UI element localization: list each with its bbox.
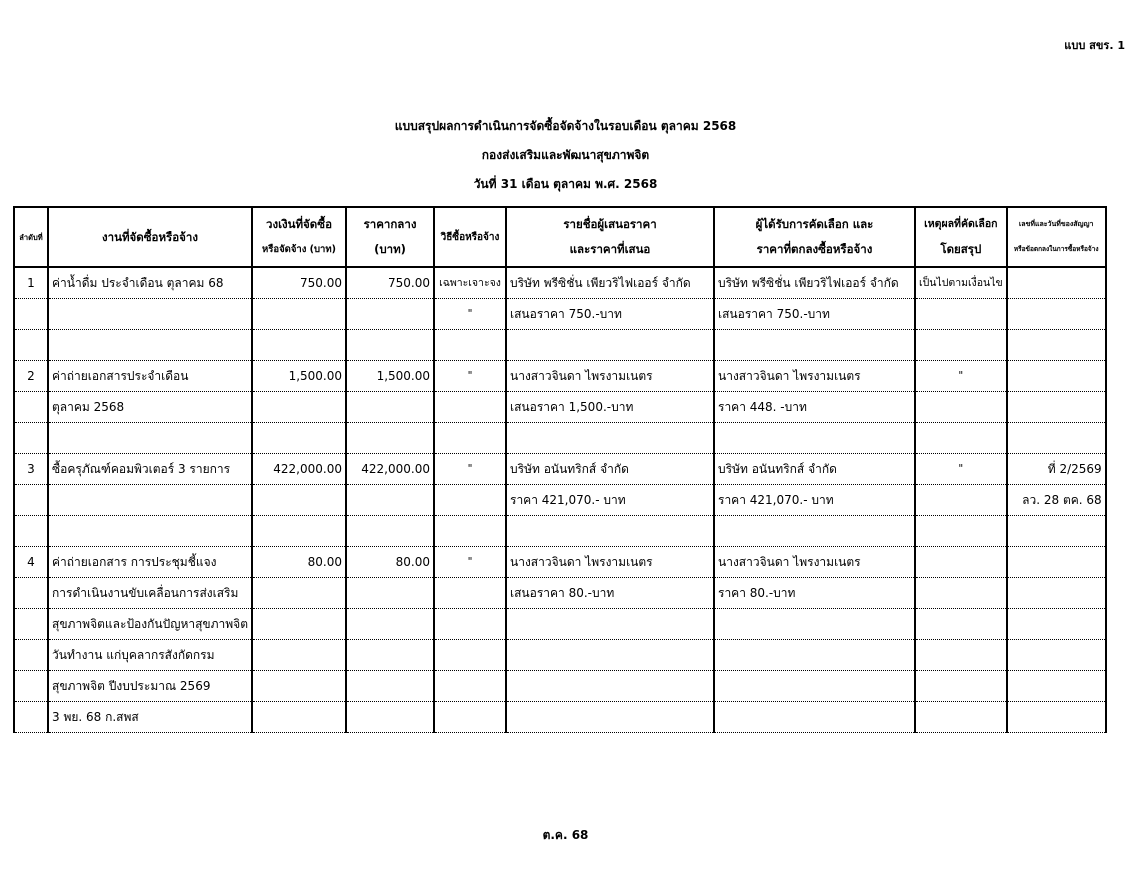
table-row: การดำเนินงานขับเคลื่อนการส่งเสริมเสนอราค… — [14, 578, 1106, 609]
cell-work: วันทำงาน แก่บุคลากรสังกัดกรม — [48, 640, 252, 671]
header-winner: ผู้ได้รับการคัดเลือก และ ราคาที่ตกลงซื้อ… — [714, 207, 915, 267]
cell-budget: 80.00 — [252, 547, 346, 578]
cell-reason — [915, 299, 1007, 330]
cell-work: สุขภาพจิตและป้องกันปัญหาสุขภาพจิต — [48, 609, 252, 640]
table-row: 3ซื้อครุภัณฑ์คอมพิวเตอร์ 3 รายการ422,000… — [14, 454, 1106, 485]
cell-median — [346, 516, 434, 547]
cell-work: ค่าน้ำดื่ม ประจำเดือน ตุลาคม 68 — [48, 267, 252, 299]
cell-contract — [1007, 702, 1106, 733]
table-row: ตุลาคม 2568เสนอราคา 1,500.-บาทราคา 448. … — [14, 392, 1106, 423]
cell-reason — [915, 516, 1007, 547]
cell-work: ค่าถ่ายเอกสาร การประชุมชี้แจง — [48, 547, 252, 578]
cell-contract — [1007, 609, 1106, 640]
cell-bidders — [506, 330, 714, 361]
cell-winner — [714, 330, 915, 361]
cell-winner: บริษัท อนันทริกส์ จำกัด — [714, 454, 915, 485]
cell-budget: 422,000.00 — [252, 454, 346, 485]
table-row: 2ค่าถ่ายเอกสารประจำเดือน1,500.001,500.00… — [14, 361, 1106, 392]
cell-winner: บริษัท พรีซิชั่น เพียวริไฟเออร์ จำกัด — [714, 267, 915, 299]
cell-contract — [1007, 578, 1106, 609]
cell-bidders: นางสาวจินดา ไพรงามเนตร — [506, 361, 714, 392]
cell-budget — [252, 516, 346, 547]
header-budget-line2: หรือจัดจ้าง (บาท) — [256, 237, 342, 262]
report-date: วันที่ 31 เดือน ตุลาคม พ.ศ. 2568 — [0, 174, 1131, 203]
cell-method — [434, 330, 506, 361]
table-row: "เสนอราคา 750.-บาทเสนอราคา 750.-บาท — [14, 299, 1106, 330]
cell-reason — [915, 609, 1007, 640]
cell-bidders: บริษัท พรีซิชั่น เพียวริไฟเออร์ จำกัด — [506, 267, 714, 299]
cell-method — [434, 578, 506, 609]
table-row: สุขภาพจิตและป้องกันปัญหาสุขภาพจิต — [14, 609, 1106, 640]
cell-contract — [1007, 516, 1106, 547]
cell-contract — [1007, 392, 1106, 423]
cell-work — [48, 330, 252, 361]
cell-no — [14, 485, 48, 516]
header-work: งานที่จัดซื้อหรือจ้าง — [48, 207, 252, 267]
cell-bidders: เสนอราคา 80.-บาท — [506, 578, 714, 609]
cell-winner: ราคา 421,070.- บาท — [714, 485, 915, 516]
cell-bidders — [506, 640, 714, 671]
cell-no — [14, 671, 48, 702]
cell-no: 4 — [14, 547, 48, 578]
cell-contract — [1007, 361, 1106, 392]
cell-work — [48, 516, 252, 547]
cell-contract: ที่ 2/2569 — [1007, 454, 1106, 485]
form-code: แบบ สขร. 1 — [1064, 36, 1125, 54]
cell-method — [434, 392, 506, 423]
cell-bidders: ราคา 421,070.- บาท — [506, 485, 714, 516]
cell-winner: ราคา 80.-บาท — [714, 578, 915, 609]
cell-winner: นางสาวจินดา ไพรงามเนตร — [714, 547, 915, 578]
header-contract: เลขที่และวันที่ของสัญญา หรือข้อตกลงในการ… — [1007, 207, 1106, 267]
cell-budget — [252, 609, 346, 640]
table-row: วันทำงาน แก่บุคลากรสังกัดกรม — [14, 640, 1106, 671]
header-median: ราคากลาง (บาท) — [346, 207, 434, 267]
cell-reason — [915, 485, 1007, 516]
cell-reason — [915, 423, 1007, 454]
cell-work — [48, 299, 252, 330]
cell-median: 750.00 — [346, 267, 434, 299]
cell-method: " — [434, 454, 506, 485]
cell-winner: ราคา 448. -บาท — [714, 392, 915, 423]
cell-median: 422,000.00 — [346, 454, 434, 485]
report-title: แบบสรุปผลการดำเนินการจัดซื้อจัดจ้างในรอบ… — [0, 116, 1131, 145]
cell-method — [434, 671, 506, 702]
cell-no — [14, 299, 48, 330]
cell-bidders — [506, 671, 714, 702]
cell-no — [14, 609, 48, 640]
cell-no: 3 — [14, 454, 48, 485]
cell-contract — [1007, 423, 1106, 454]
cell-winner: นางสาวจินดา ไพรงามเนตร — [714, 361, 915, 392]
cell-no: 2 — [14, 361, 48, 392]
cell-method — [434, 423, 506, 454]
cell-method — [434, 485, 506, 516]
cell-budget — [252, 702, 346, 733]
cell-winner — [714, 423, 915, 454]
cell-budget — [252, 640, 346, 671]
cell-median: 1,500.00 — [346, 361, 434, 392]
cell-method: " — [434, 547, 506, 578]
cell-work: สุขภาพจิต ปีงบประมาณ 2569 — [48, 671, 252, 702]
cell-method: " — [434, 299, 506, 330]
cell-contract — [1007, 267, 1106, 299]
header-reason-line2: โดยสรุป — [919, 237, 1003, 262]
department-name: กองส่งเสริมและพัฒนาสุขภาพจิต — [0, 145, 1131, 174]
cell-budget — [252, 299, 346, 330]
header-no: ลำดับที่ — [14, 207, 48, 267]
table-row: ราคา 421,070.- บาทราคา 421,070.- บาทลว. … — [14, 485, 1106, 516]
cell-method: เฉพาะเจาะจง — [434, 267, 506, 299]
footer-month: ต.ค. 68 — [0, 826, 1131, 845]
cell-budget: 750.00 — [252, 267, 346, 299]
header-contract-line1: เลขที่และวันที่ของสัญญา — [1011, 212, 1102, 237]
cell-budget — [252, 485, 346, 516]
cell-no: 1 — [14, 267, 48, 299]
cell-contract — [1007, 640, 1106, 671]
cell-reason — [915, 671, 1007, 702]
cell-budget — [252, 330, 346, 361]
header-winner-line1: ผู้ได้รับการคัดเลือก และ — [718, 212, 911, 237]
table-row — [14, 423, 1106, 454]
cell-reason: " — [915, 454, 1007, 485]
cell-median — [346, 485, 434, 516]
cell-bidders: เสนอราคา 750.-บาท — [506, 299, 714, 330]
cell-work: ค่าถ่ายเอกสารประจำเดือน — [48, 361, 252, 392]
cell-no — [14, 392, 48, 423]
cell-budget — [252, 392, 346, 423]
cell-bidders — [506, 609, 714, 640]
header-contract-line2: หรือข้อตกลงในการซื้อหรือจ้าง — [1011, 237, 1102, 262]
header-budget-line1: วงเงินที่จัดซื้อ — [266, 217, 332, 231]
table-row — [14, 330, 1106, 361]
table-row: 4ค่าถ่ายเอกสาร การประชุมชี้แจง80.0080.00… — [14, 547, 1106, 578]
cell-no — [14, 516, 48, 547]
cell-contract — [1007, 671, 1106, 702]
cell-work — [48, 485, 252, 516]
cell-median — [346, 702, 434, 733]
table-header-row: ลำดับที่ งานที่จัดซื้อหรือจ้าง วงเงินที่… — [14, 207, 1106, 267]
cell-median — [346, 299, 434, 330]
cell-winner — [714, 702, 915, 733]
cell-work: ซื้อครุภัณฑ์คอมพิวเตอร์ 3 รายการ — [48, 454, 252, 485]
cell-method — [434, 609, 506, 640]
header-budget: วงเงินที่จัดซื้อ หรือจัดจ้าง (บาท) — [252, 207, 346, 267]
cell-method — [434, 640, 506, 671]
cell-reason — [915, 640, 1007, 671]
cell-method — [434, 516, 506, 547]
cell-bidders: บริษัท อนันทริกส์ จำกัด — [506, 454, 714, 485]
header-bidders: รายชื่อผู้เสนอราคา และราคาที่เสนอ — [506, 207, 714, 267]
table-row: 1ค่าน้ำดื่ม ประจำเดือน ตุลาคม 68750.0075… — [14, 267, 1106, 299]
cell-median — [346, 609, 434, 640]
cell-winner — [714, 516, 915, 547]
header-bidders-line1: รายชื่อผู้เสนอราคา — [510, 212, 710, 237]
cell-work: การดำเนินงานขับเคลื่อนการส่งเสริม — [48, 578, 252, 609]
cell-budget: 1,500.00 — [252, 361, 346, 392]
cell-contract: ลว. 28 ตค. 68 — [1007, 485, 1106, 516]
cell-bidders: เสนอราคา 1,500.-บาท — [506, 392, 714, 423]
cell-contract — [1007, 547, 1106, 578]
cell-budget — [252, 578, 346, 609]
cell-no — [14, 640, 48, 671]
cell-bidders — [506, 423, 714, 454]
table-row — [14, 516, 1106, 547]
cell-winner — [714, 671, 915, 702]
cell-budget — [252, 423, 346, 454]
header-bidders-line2: และราคาที่เสนอ — [510, 237, 710, 262]
cell-bidders: นางสาวจินดา ไพรงามเนตร — [506, 547, 714, 578]
cell-median — [346, 640, 434, 671]
cell-winner: เสนอราคา 750.-บาท — [714, 299, 915, 330]
cell-contract — [1007, 299, 1106, 330]
cell-median — [346, 423, 434, 454]
cell-median — [346, 392, 434, 423]
cell-reason — [915, 578, 1007, 609]
cell-bidders — [506, 516, 714, 547]
cell-winner — [714, 609, 915, 640]
cell-contract — [1007, 330, 1106, 361]
cell-method — [434, 702, 506, 733]
cell-bidders — [506, 702, 714, 733]
cell-median — [346, 578, 434, 609]
cell-winner — [714, 640, 915, 671]
cell-work: ตุลาคม 2568 — [48, 392, 252, 423]
procurement-table: ลำดับที่ งานที่จัดซื้อหรือจ้าง วงเงินที่… — [13, 206, 1107, 733]
cell-work: 3 พย. 68 ก.สพส — [48, 702, 252, 733]
table-row: สุขภาพจิต ปีงบประมาณ 2569 — [14, 671, 1106, 702]
header-median-line1: ราคากลาง — [350, 212, 430, 237]
cell-method: " — [434, 361, 506, 392]
cell-no — [14, 423, 48, 454]
header-reason-line1: เหตุผลที่คัดเลือก — [919, 212, 1003, 237]
header-method: วิธีซื้อหรือจ้าง — [434, 207, 506, 267]
cell-median — [346, 330, 434, 361]
cell-budget — [252, 671, 346, 702]
cell-work — [48, 423, 252, 454]
document-titles: แบบสรุปผลการดำเนินการจัดซื้อจัดจ้างในรอบ… — [0, 116, 1131, 203]
cell-no — [14, 702, 48, 733]
header-median-line2: (บาท) — [350, 237, 430, 262]
cell-reason — [915, 392, 1007, 423]
table-row: 3 พย. 68 ก.สพส — [14, 702, 1106, 733]
cell-reason — [915, 330, 1007, 361]
cell-reason: เป็นไปตามเงื่อนไข — [915, 267, 1007, 299]
cell-median — [346, 671, 434, 702]
cell-no — [14, 578, 48, 609]
cell-reason: " — [915, 361, 1007, 392]
cell-reason — [915, 547, 1007, 578]
header-winner-line2: ราคาที่ตกลงซื้อหรือจ้าง — [718, 237, 911, 262]
cell-no — [14, 330, 48, 361]
cell-reason — [915, 702, 1007, 733]
cell-median: 80.00 — [346, 547, 434, 578]
header-reason: เหตุผลที่คัดเลือก โดยสรุป — [915, 207, 1007, 267]
